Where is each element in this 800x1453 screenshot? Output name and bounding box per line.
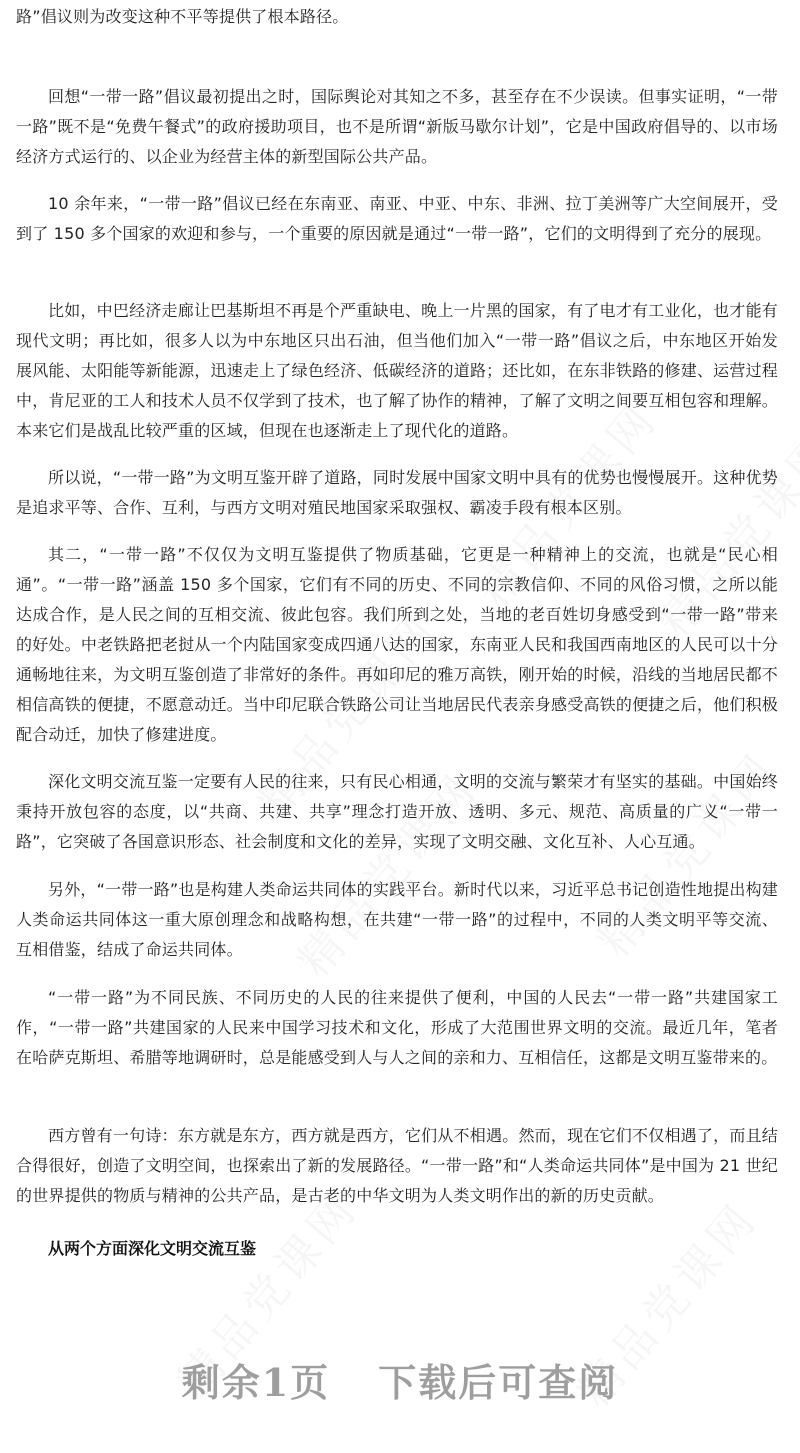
paragraph-10: 西方曾有一句诗：东方就是东方，西方就是西方，它们从不相遇。然而，现在它们不仅相遇… [16,1121,778,1211]
remaining-pages-label: 剩余1页 [182,1360,330,1405]
paragraph-9: “一带一路”为不同民族、不同历史的人民的往来提供了便利，中国的人民去“一带一路”… [16,983,778,1073]
section-heading: 从两个方面深化文明交流互鉴 [48,1234,256,1264]
paragraph-3: 10 余年来，“一带一路”倡议已经在东南亚、南亚、中亚、中东、非洲、拉丁美洲等广… [16,189,778,249]
paragraph-1: 路”倡议则为改变这种不平等提供了根本路径。 [16,2,778,32]
paragraph-2: 回想“一带一路”倡议最初提出之时，国际舆论对其知之不多，甚至存在不少误读。但事实… [16,82,778,172]
document-page: 精品党课网 精品党课网 精品党课网 精品党课网 精品党课网 精品党课网 精品党课… [0,0,800,1453]
remaining-pages-banner[interactable]: 剩余1页下载后可查阅 [0,1352,800,1407]
paragraph-5: 所以说，“一带一路”为文明互鉴开辟了道路，同时发展中国家文明中具有的优势也慢慢展… [16,463,778,523]
paragraph-7: 深化文明交流互鉴一定要有人民的往来，只有民心相通，文明的交流与繁荣才有坚实的基础… [16,767,778,857]
paragraph-8: 另外，“一带一路”也是构建人类命运共同体的实践平台。新时代以来，习近平总书记创造… [16,875,778,965]
paragraph-4: 比如，中巴经济走廊让巴基斯坦不再是个严重缺电、晚上一片黑的国家，有了电才有工业化… [16,296,778,446]
download-to-view-label[interactable]: 下载后可查阅 [378,1360,618,1405]
paragraph-6: 其二，“一带一路”不仅仅为文明互鉴提供了物质基础，它更是一种精神上的交流，也就是… [16,540,778,750]
